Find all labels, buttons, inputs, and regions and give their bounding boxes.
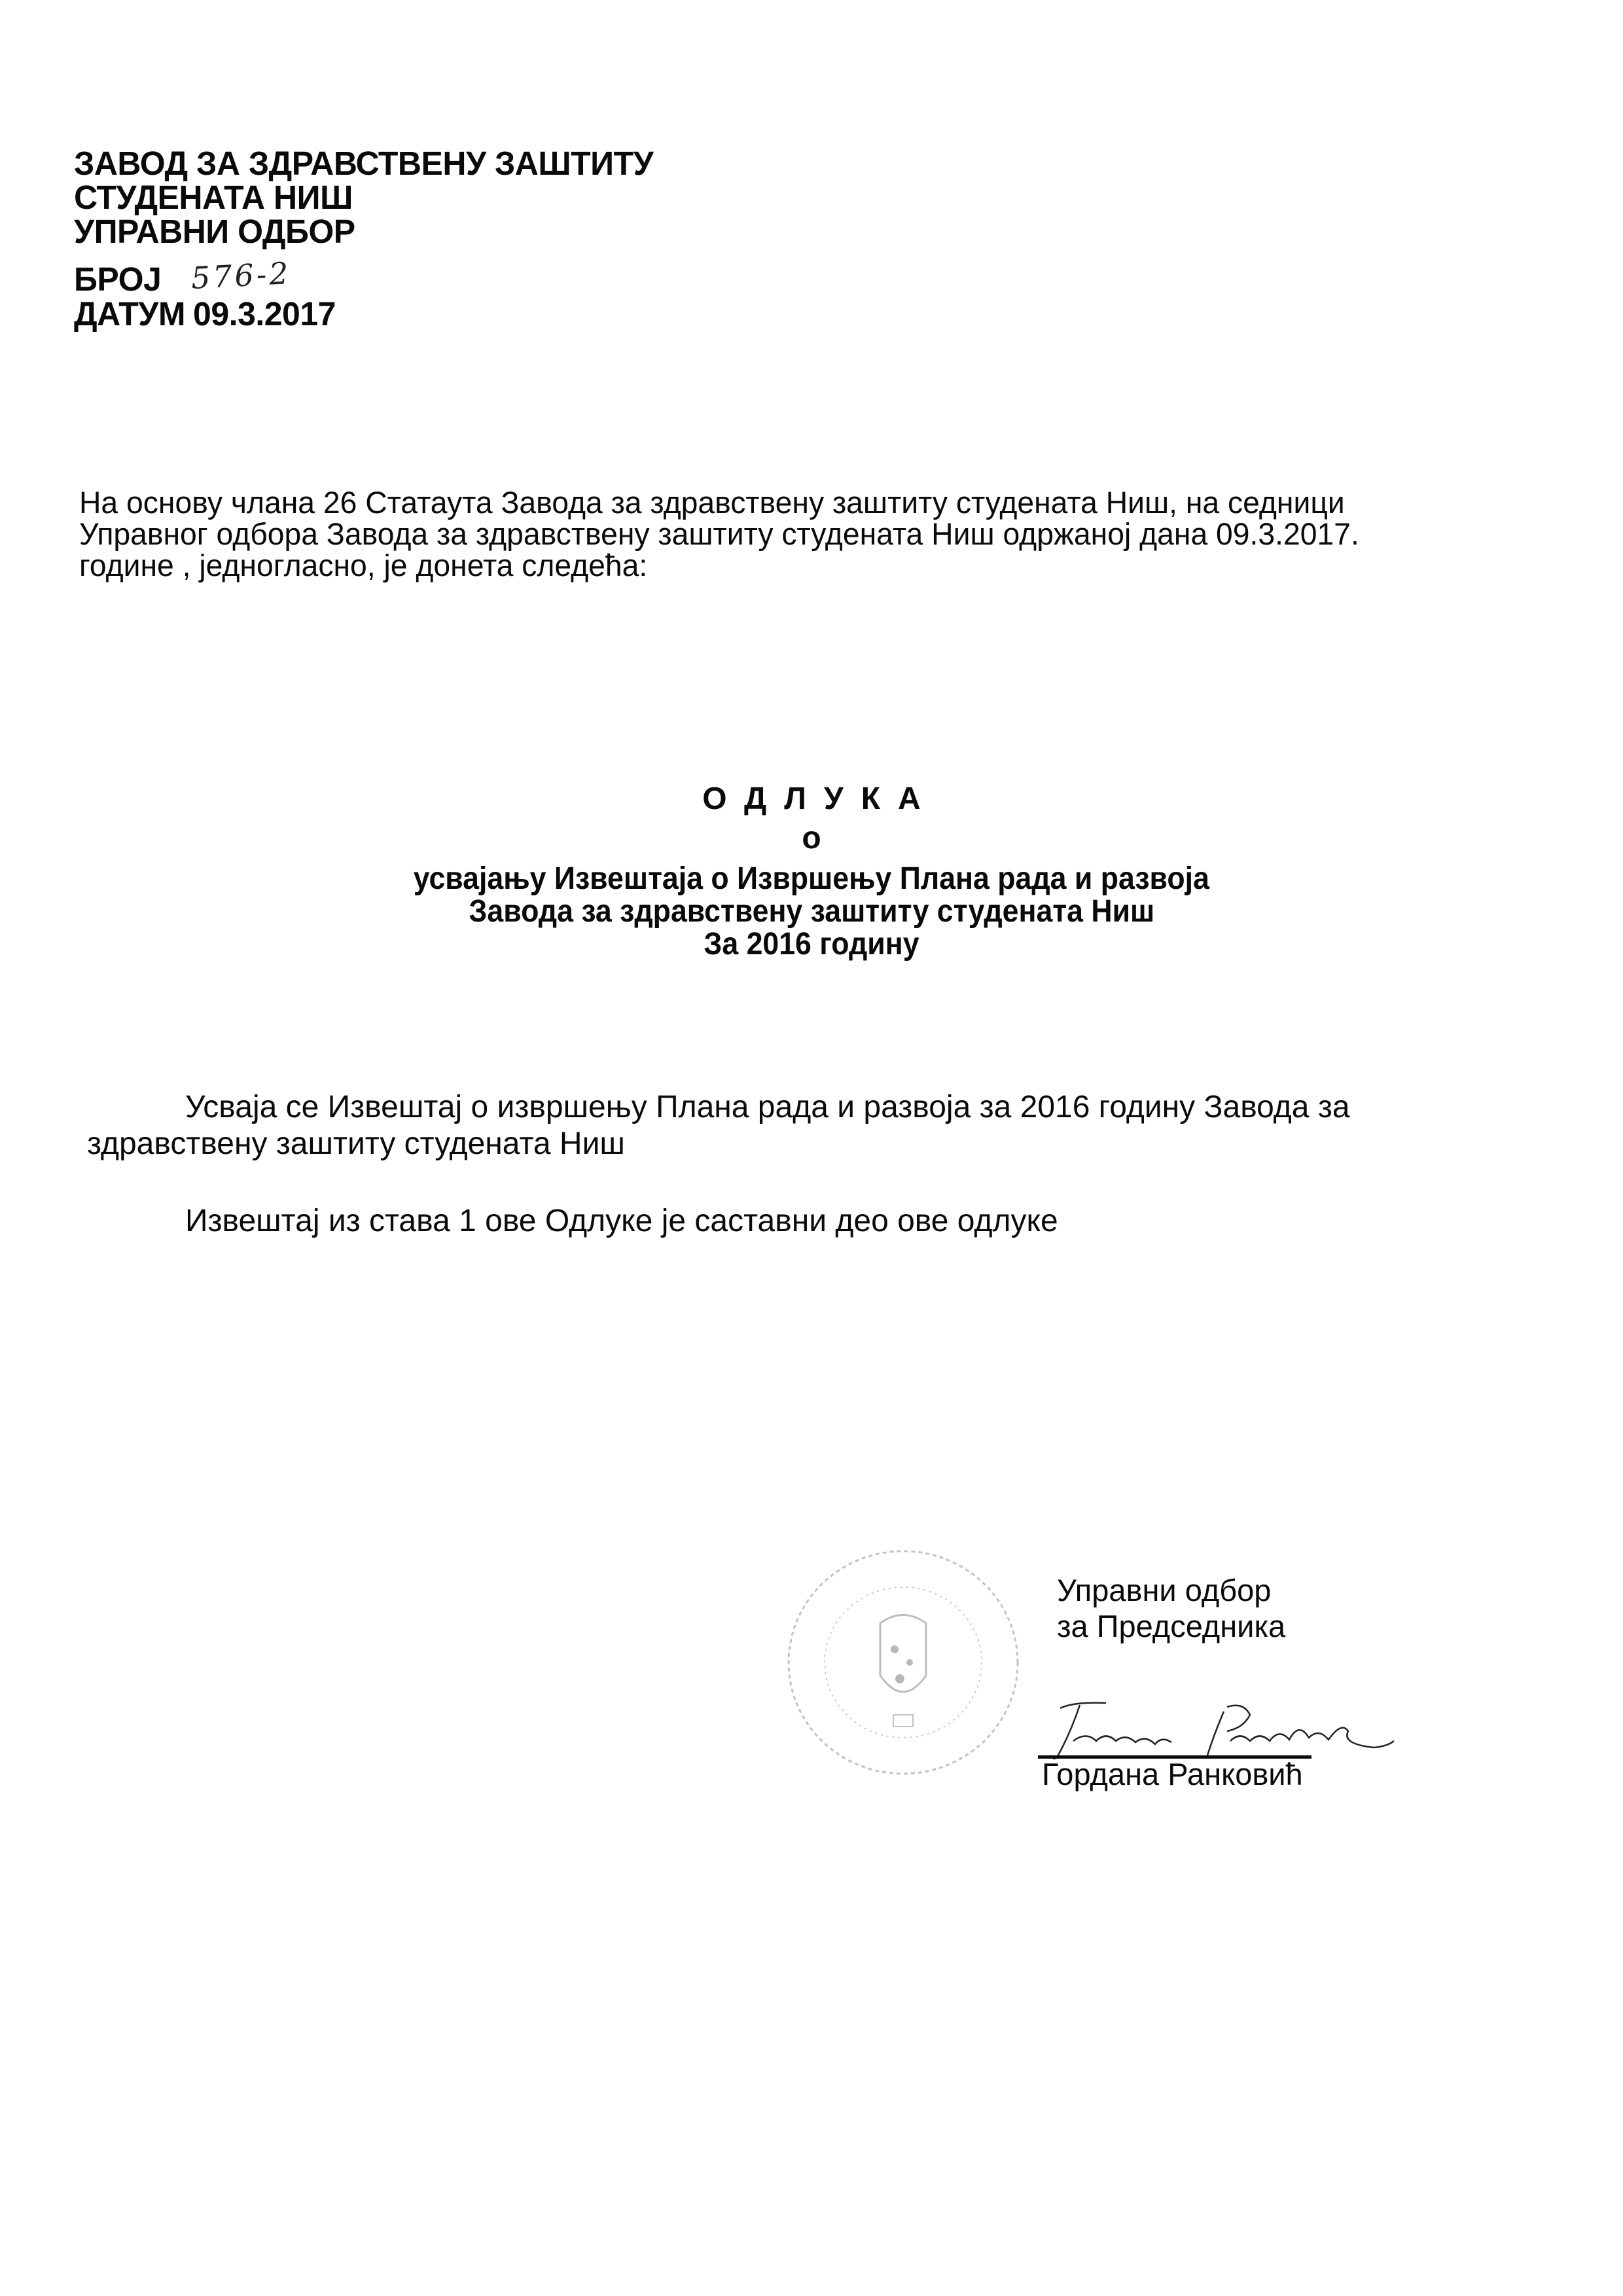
body-paragraph2: Извештај из става 1 ове Одлуке је састав… bbox=[185, 1203, 1058, 1240]
decision-title-line2: Завода за здравствену заштиту студената … bbox=[0, 895, 1623, 928]
preamble-line1: На основу члана 26 Статаута Завода за зд… bbox=[79, 488, 1345, 518]
number-label: БРОЈ bbox=[74, 262, 161, 296]
signatory-role-line1: Управни одбор bbox=[1057, 1573, 1271, 1608]
decision-title-line1: усвајању Извештаја о Извршењу Плана рада… bbox=[0, 863, 1623, 895]
document-page: ЗАВОД ЗА ЗДРАВСТВЕНУ ЗАШТИТУ СТУДЕНАТА Н… bbox=[0, 0, 1623, 2296]
institution-name-line2: СТУДЕНАТА НИШ bbox=[74, 181, 353, 215]
preamble-line2: Управног одбора Завода за здравствену за… bbox=[79, 519, 1359, 549]
decision-connector: о bbox=[0, 822, 1623, 855]
institution-name-line1: ЗАВОД ЗА ЗДРАВСТВЕНУ ЗАШТИТУ bbox=[74, 147, 653, 181]
date-value: 09.3.2017 bbox=[193, 295, 336, 332]
number-handwritten: 576-2 bbox=[190, 255, 292, 296]
preamble-line3: године , једногласно, је донета следећа: bbox=[79, 550, 647, 581]
signatory-role-line2: за Председника bbox=[1057, 1609, 1285, 1644]
governing-body: УПРАВНИ ОДБОР bbox=[74, 215, 355, 249]
signatory-name: Гордана Ранковић bbox=[1042, 1757, 1303, 1792]
body-paragraph1-line1: Усваја се Извештај о извршењу Плана рада… bbox=[185, 1089, 1350, 1126]
date-label: ДАТУМ bbox=[74, 295, 185, 332]
body-paragraph1-line2: здравствену заштиту студената Ниш bbox=[87, 1126, 625, 1162]
decision-heading: ОДЛУКА bbox=[0, 783, 1623, 816]
decision-title-line3: За 2016 годину bbox=[0, 928, 1623, 961]
date-line: ДАТУМ 09.3.2017 bbox=[74, 297, 336, 332]
official-seal-icon bbox=[782, 1545, 1024, 1780]
